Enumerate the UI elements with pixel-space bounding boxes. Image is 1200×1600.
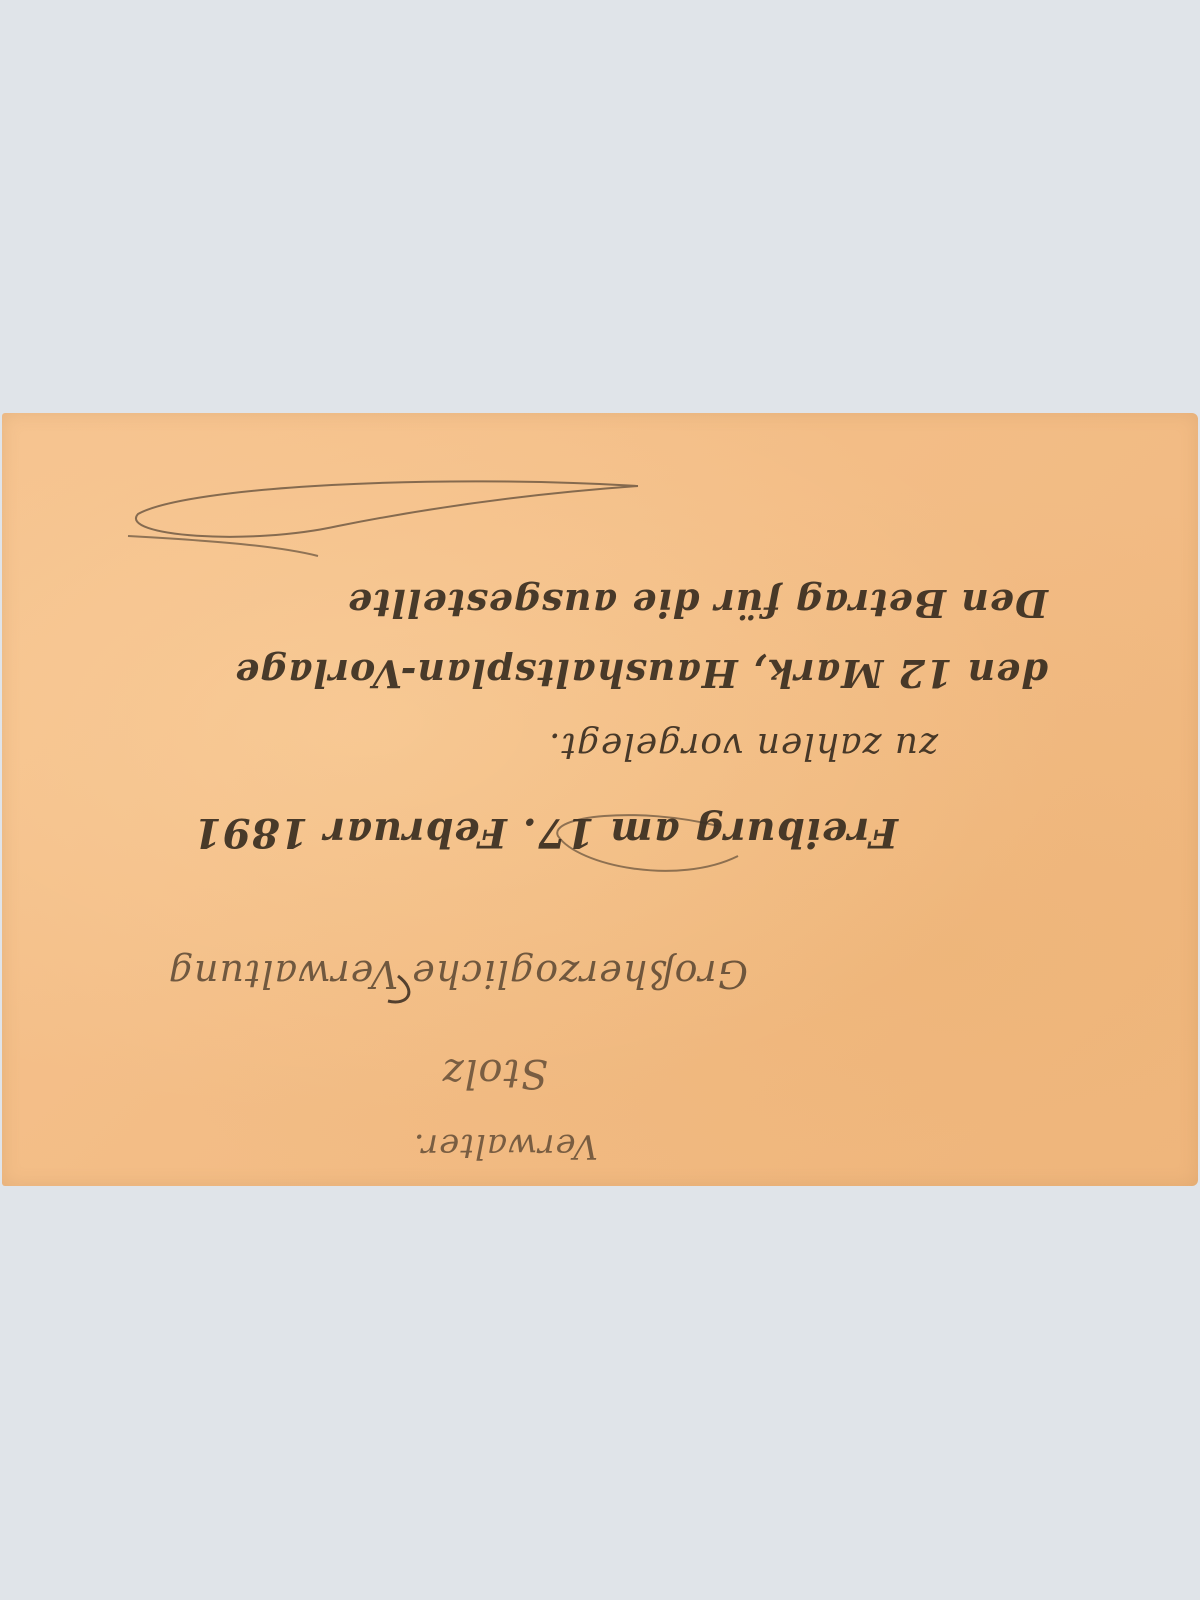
handwriting-area: Den Betrag für die ausgestellte den 12 M…: [2, 413, 1198, 1186]
signature-flourish-icon: [2, 413, 1198, 1186]
postcard: Den Betrag für die ausgestellte den 12 M…: [2, 413, 1198, 1186]
